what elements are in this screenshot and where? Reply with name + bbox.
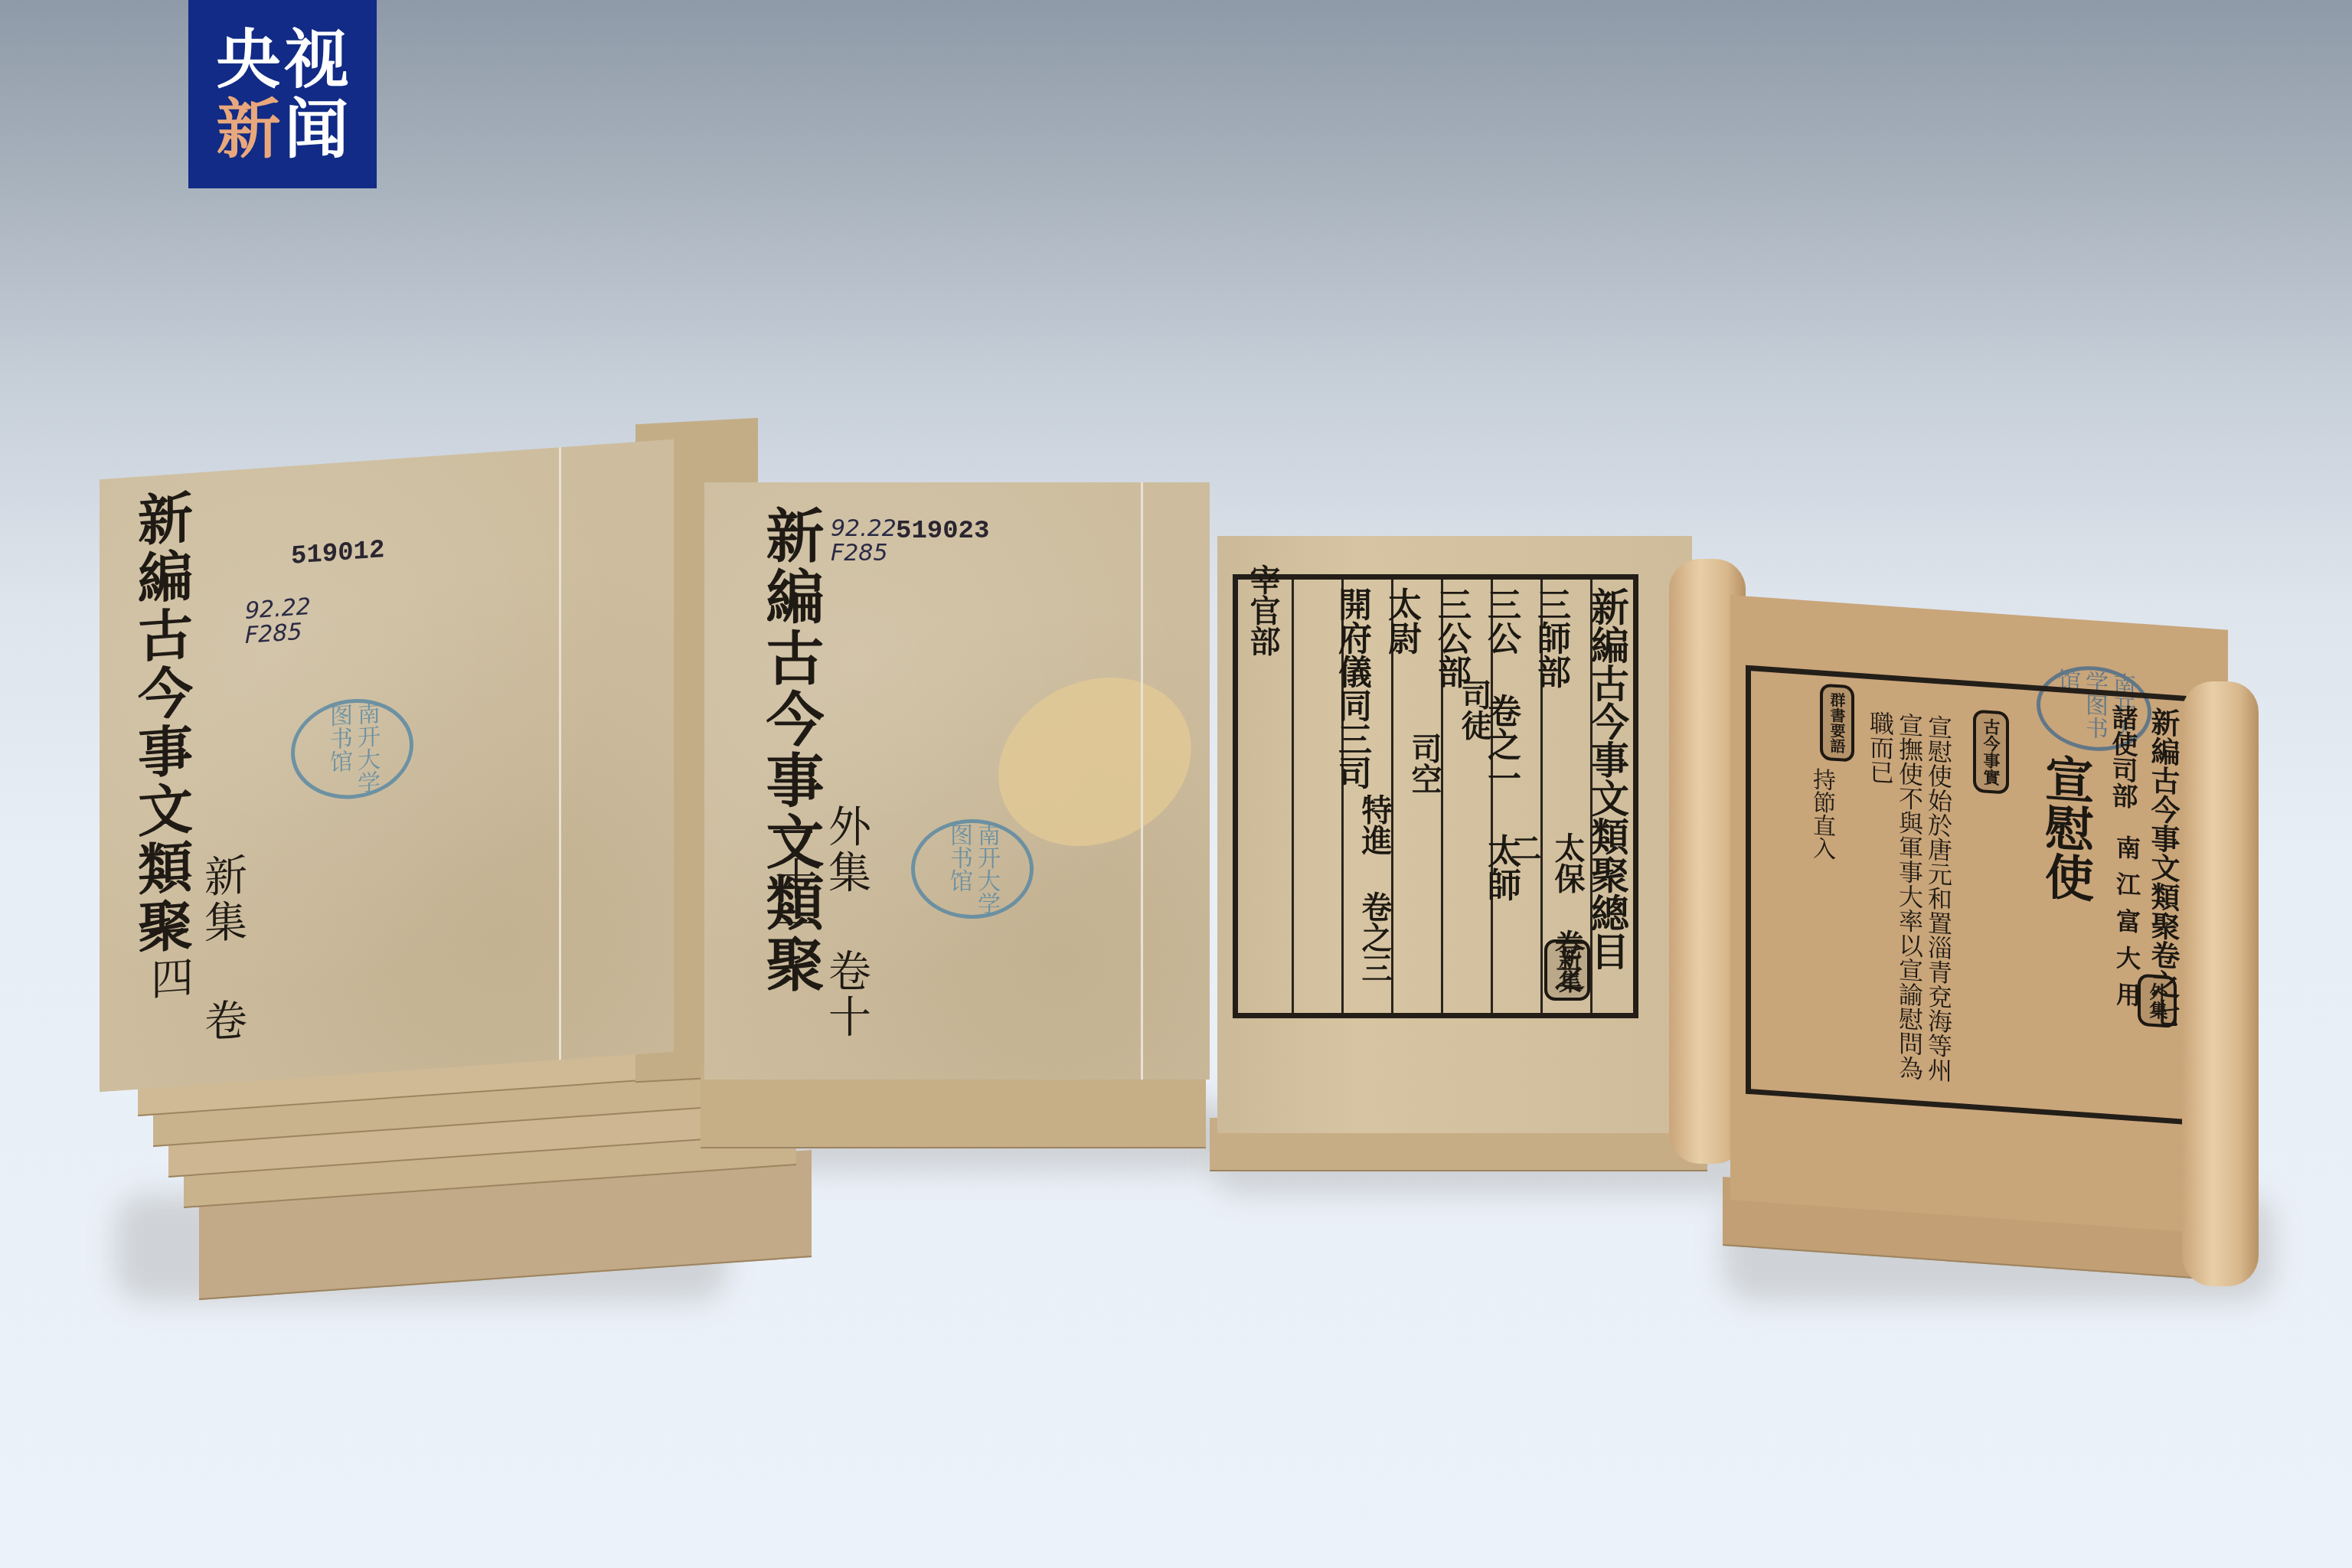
toc-column: 三師部 [1526, 587, 1575, 688]
book-subtitle: 外集 卷十—十一 [766, 804, 873, 1080]
library-stamp: 南开大学图书馆 [291, 695, 413, 803]
toc-header: 新編古今事文類聚總目 [1586, 587, 1628, 970]
book-cover: 新編古今事文類聚 新集 卷一—四 519012 92.22 F285 南开大学图… [100, 439, 674, 1092]
logo-char: 新 [214, 96, 283, 165]
body-text: 宣慰使始於唐元和置淄青兗海等州宣撫使不與軍事大率以宣諭慰問為職而已 [1866, 710, 1953, 1099]
cctv-news-logo: 央 视 新 闻 [188, 0, 377, 188]
toc-entry: 司空 [1403, 733, 1446, 794]
open-page: 新編古今事文類聚總目 三師部 三公 卷之一 太師 三公部 太尉 開府儀同三司 宰… [1217, 536, 1692, 1133]
book-3-open: 新編古今事文類聚總目 三師部 三公 卷之一 太師 三公部 太尉 開府儀同三司 宰… [1210, 536, 1769, 1202]
call-number: 92.22 F285 [245, 595, 311, 648]
accession-number: 519023 [896, 517, 989, 546]
toc-column: 太尉 [1377, 587, 1426, 655]
logo-char: 央 [214, 26, 283, 96]
call-number: 92.22 F285 [831, 517, 897, 566]
library-stamp: 南开大学图书馆 [911, 819, 1034, 919]
toc-column: 宰官部 [1241, 564, 1285, 656]
logo-char: 视 [283, 26, 351, 96]
call-number-line: 92.22 [831, 517, 897, 541]
book-4-open: 南开大学图书馆 新編古今事文類聚卷之七 諸使司部 宣慰使 南江富大用 外集 宣慰… [1723, 612, 2282, 1325]
section-label: 諸使司部 [2104, 703, 2141, 809]
call-number-line: F285 [245, 619, 311, 648]
book-stack-1: 新編古今事文類聚 新集 卷一—四 519012 92.22 F285 南开大学图… [100, 390, 727, 1294]
author-char: 江 [2112, 871, 2141, 910]
book-cover: 新編古今事文類聚 外集 卷十—十一 92.22 F285 519023 南开大学… [704, 482, 1210, 1080]
book-2: 新編古今事文類聚 外集 卷十—十一 92.22 F285 519023 南开大学… [701, 482, 1221, 1156]
rolled-page [2182, 681, 2259, 1286]
column-rule [1292, 580, 1294, 1013]
author-char: 富 [2112, 907, 2141, 946]
tag: 古今事實 [1973, 709, 2009, 794]
binding-thread [559, 447, 561, 1060]
book-subtitle: 新集 卷一—四 [142, 852, 249, 1089]
seal: 外集 [2138, 973, 2177, 1028]
binding-thread [1141, 482, 1143, 1080]
note-text: 持節直入 [1805, 766, 1838, 861]
toc-entry: 特進 卷之三 [1353, 794, 1396, 983]
toc-entry: 司徒 [1452, 679, 1496, 740]
open-page: 南开大学图书馆 新編古今事文類聚卷之七 諸使司部 宣慰使 南江富大用 外集 宣慰… [1730, 595, 2228, 1234]
tag: 群書要語 [1820, 683, 1854, 762]
print-frame: 新編古今事文類聚總目 三師部 三公 卷之一 太師 三公部 太尉 開府儀同三司 宰… [1233, 574, 1638, 1018]
seal: 新集 [1544, 939, 1590, 1001]
toc-column: 三公部 [1426, 587, 1475, 688]
print-frame: 新編古今事文類聚卷之七 諸使司部 宣慰使 南江富大用 外集 宣慰使始於唐元和置淄… [1746, 665, 2190, 1125]
author-char: 南 [2112, 834, 2141, 873]
accession-number: 519012 [291, 536, 384, 572]
toc-column: 開府儀同三司 [1327, 587, 1376, 789]
logo-char: 闻 [283, 96, 351, 165]
page-heading: 宣慰使 [2030, 752, 2100, 903]
call-number-line: F285 [831, 541, 897, 566]
